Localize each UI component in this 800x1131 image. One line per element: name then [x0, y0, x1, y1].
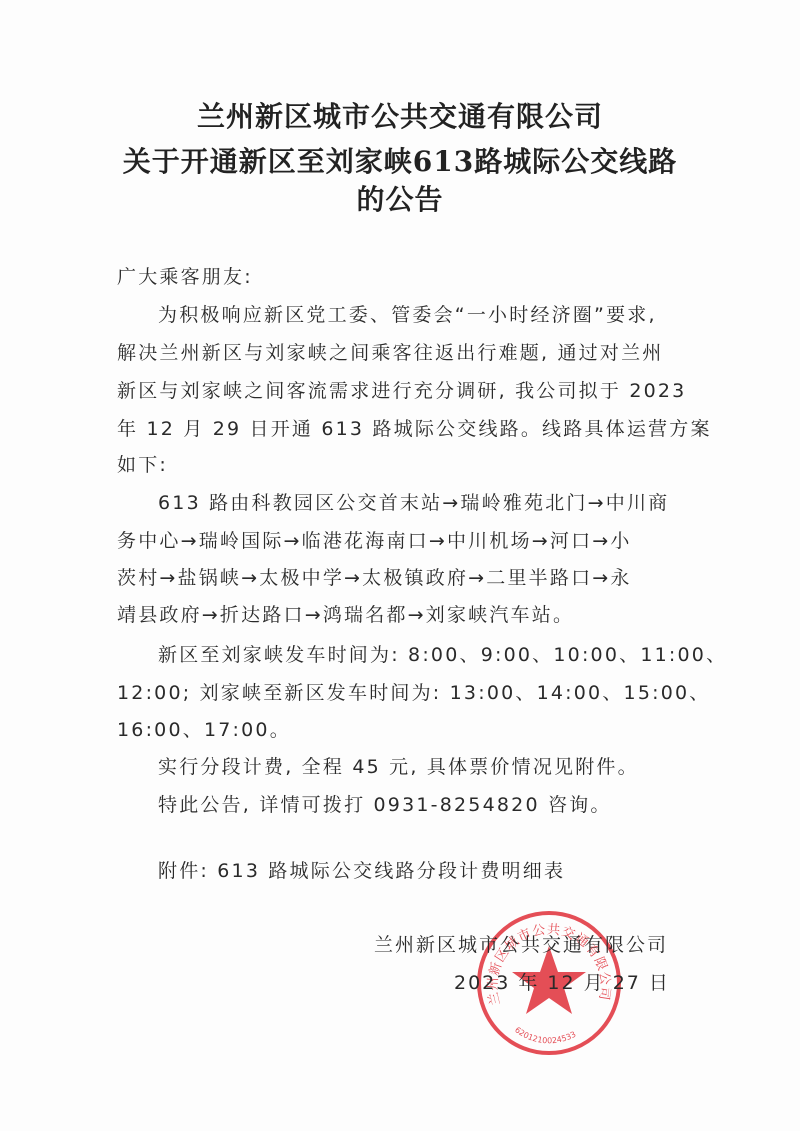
body-line: 年 12 月 29 日开通 613 路城际公交线路。线路具体运营方案	[117, 414, 687, 441]
title-line-3: 的公告	[0, 178, 800, 218]
body-line: 为积极响应新区党工委、管委会“一小时经济圈”要求,	[158, 300, 728, 327]
route-line: 务中心→瑞岭国际→临港花海南口→中川机场→河口→小	[117, 526, 687, 553]
salutation: 广大乘客朋友:	[117, 262, 687, 289]
signature-date: 2023 年 12 月 27 日	[454, 968, 670, 995]
document-page: 兰州新区城市公共交通有限公司 关于开通新区至刘家峡613路城际公交线路 的公告 …	[0, 0, 800, 1131]
route-line: 茨村→盐锅峡→太极中学→太极镇政府→二里半路口→永	[117, 563, 687, 590]
contact-line: 特此公告, 详情可拨打 0931-8254820 咨询。	[158, 790, 728, 817]
schedule-line: 16:00、17:00。	[117, 715, 687, 742]
schedule-line: 12:00; 刘家峡至新区发车时间为: 13:00、14:00、15:00、	[117, 678, 687, 705]
title-line-2: 关于开通新区至刘家峡613路城际公交线路	[0, 140, 800, 180]
signature-company: 兰州新区城市公共交通有限公司	[374, 930, 668, 957]
attachment-line: 附件: 613 路城际公交线路分段计费明细表	[158, 856, 728, 883]
svg-text:6201210024533: 6201210024533	[513, 1025, 577, 1045]
body-line: 如下:	[117, 450, 687, 477]
title-line-1: 兰州新区城市公共交通有限公司	[0, 95, 800, 135]
route-line: 613 路由科教园区公交首末站→瑞岭雅苑北门→中川商	[158, 488, 728, 515]
fare-line: 实行分段计费, 全程 45 元, 具体票价情况见附件。	[158, 752, 728, 779]
body-line: 新区与刘家峡之间客流需求进行充分调研, 我公司拟于 2023	[117, 376, 687, 403]
schedule-line: 新区至刘家峡发车时间为: 8:00、9:00、10:00、11:00、	[158, 640, 728, 667]
route-line: 靖县政府→折达路口→鸿瑞名都→刘家峡汽车站。	[117, 600, 687, 627]
body-line: 解决兰州新区与刘家峡之间乘客往返出行难题, 通过对兰州	[117, 338, 687, 365]
